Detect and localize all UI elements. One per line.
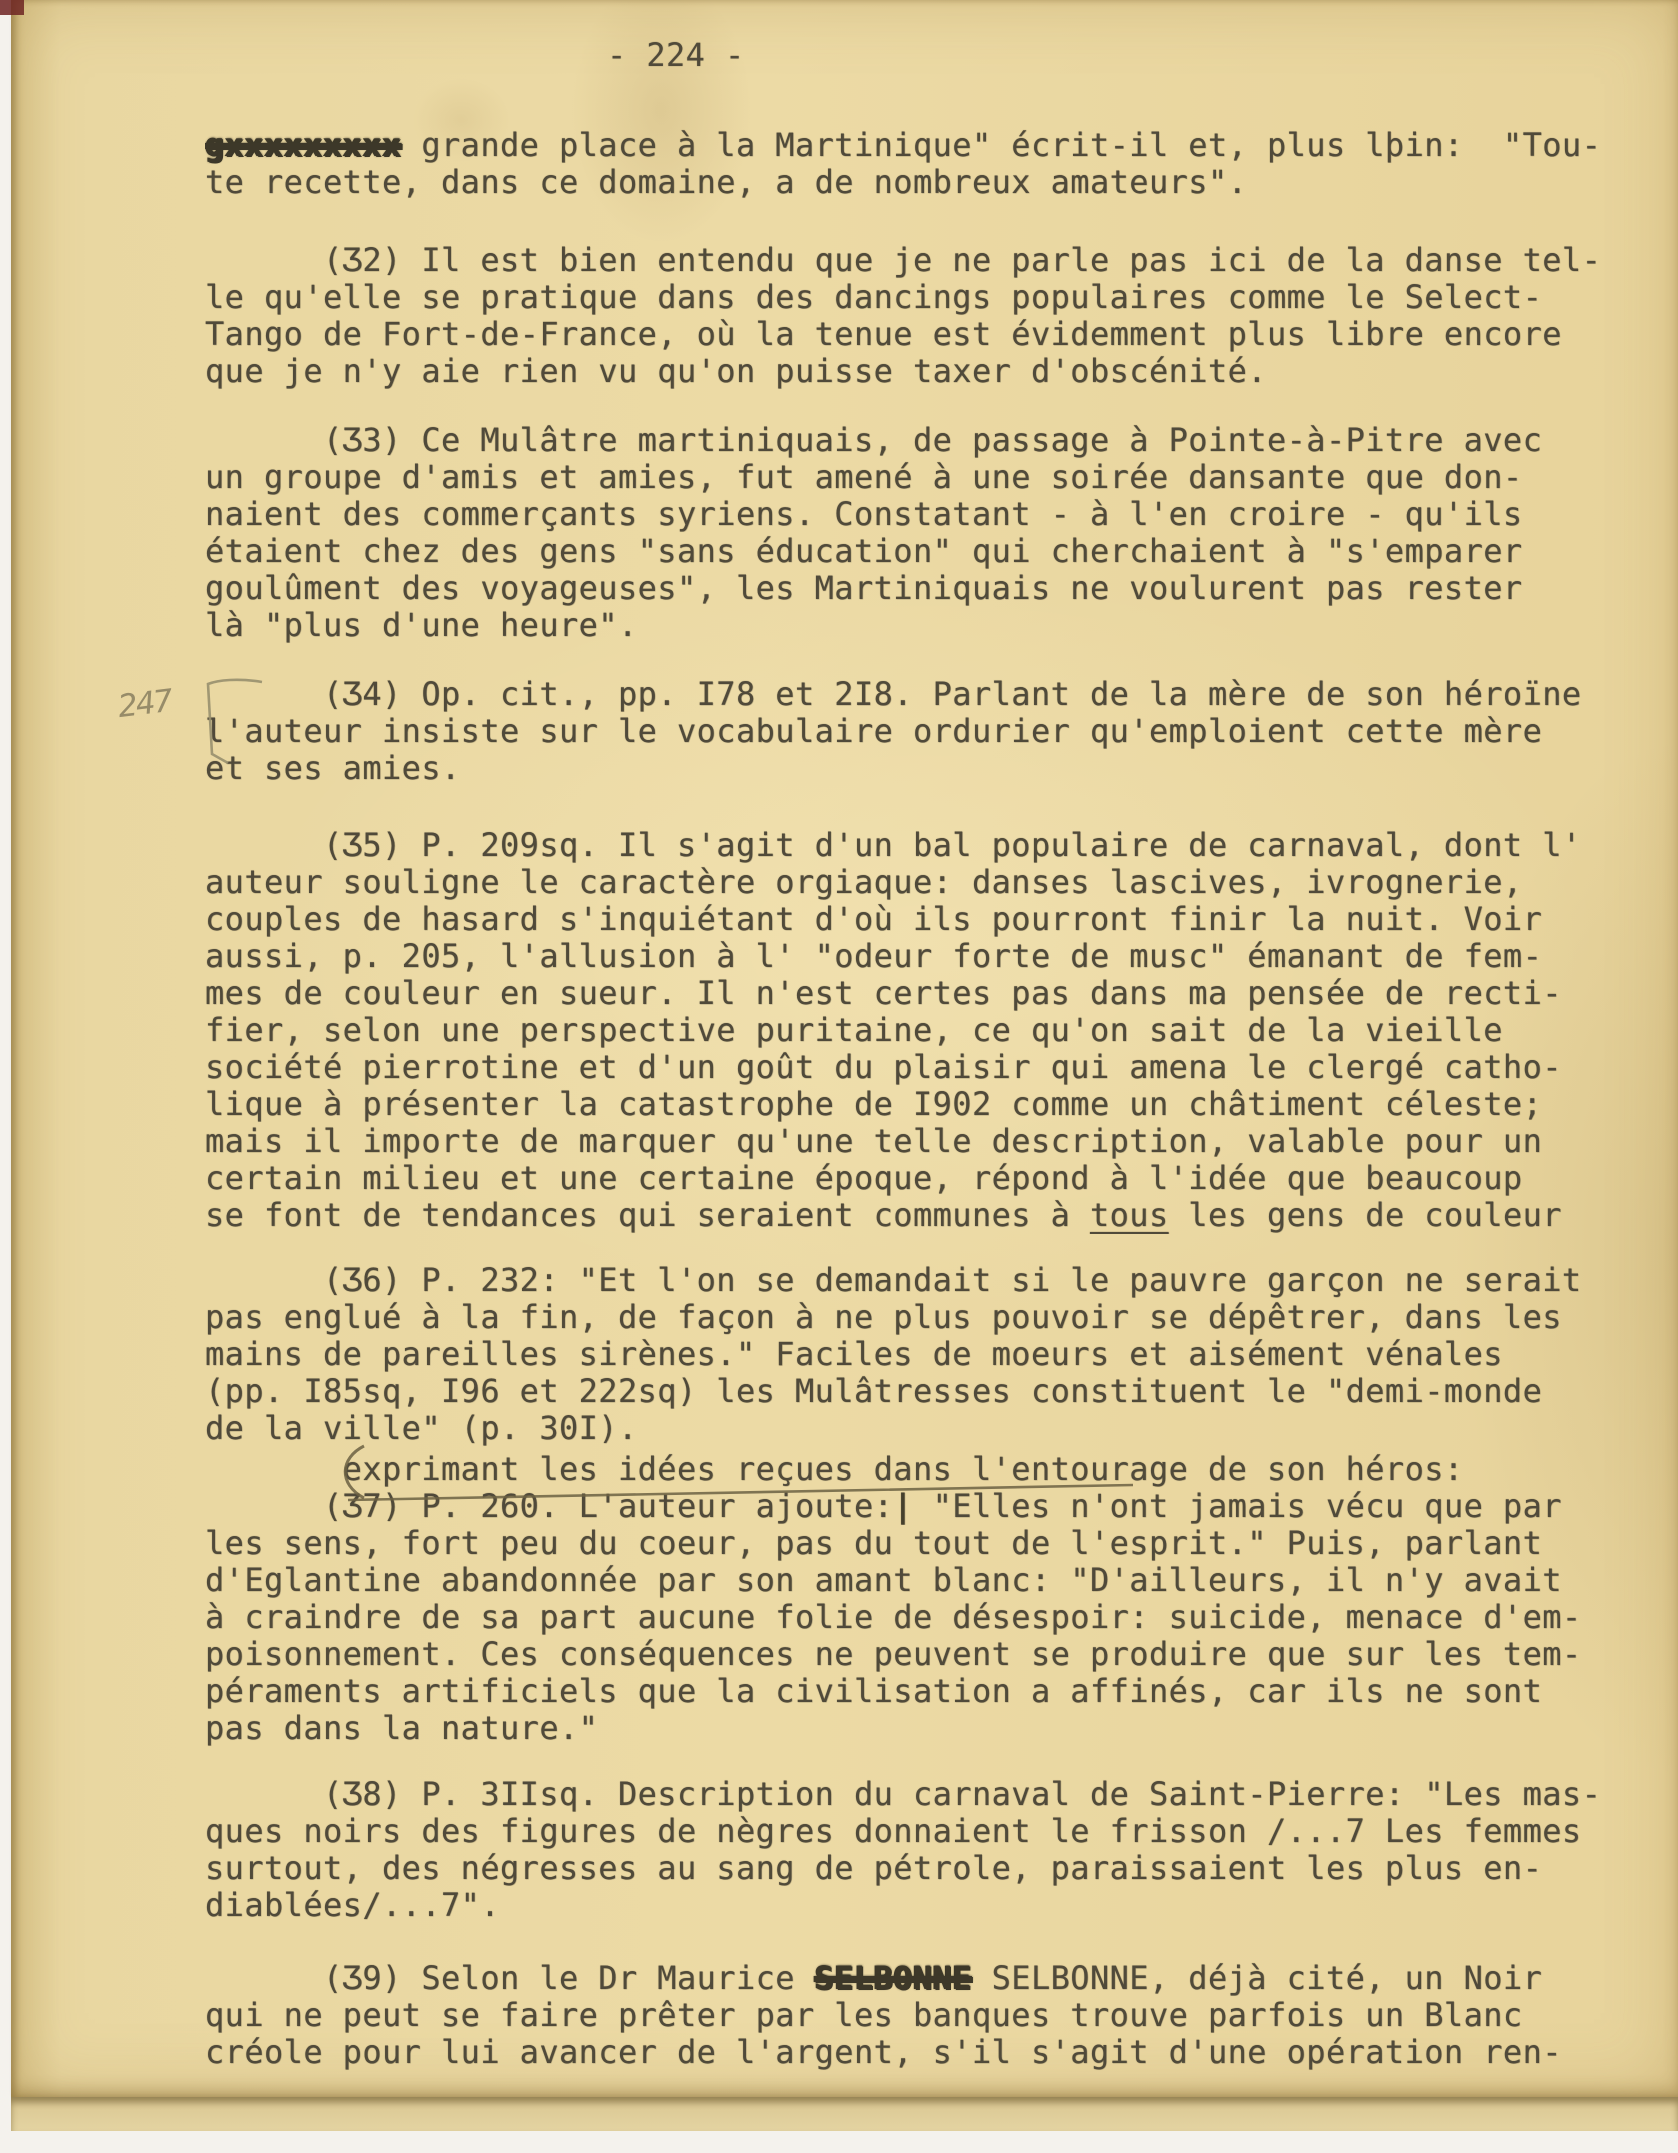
struck-word: gxxxxxxxxx (205, 127, 402, 164)
paragraph-ins: exprimant les idées reçues dans l'entour… (205, 1451, 1670, 1488)
text-line: société pierrotine et d'un goût du plais… (205, 1049, 1670, 1086)
text-run: certain milieu et une certaine époque, r… (205, 1160, 1523, 1197)
text-run: (Ʒ3) Ce Mulâtre martiniquais, de passage… (205, 422, 1542, 459)
text-line: Tango de Fort-de-France, où la tenue est… (205, 316, 1670, 353)
text-run: Tango de Fort-de-France, où la tenue est… (205, 316, 1562, 353)
text-run: lique à présenter la catastrophe de I902… (205, 1086, 1542, 1123)
text-run: surtout, des négresses au sang de pétrol… (205, 1850, 1542, 1887)
struck-word: SELBONNE (815, 1960, 972, 1997)
text-run: (Ʒ2) Il est bien entendu que je ne parle… (205, 242, 1601, 279)
text-line: (Ʒ4) Op. cit., pp. I78 et 2I8. Parlant d… (205, 676, 1670, 713)
text-run: les sens, fort peu du coeur, pas du tout… (205, 1525, 1542, 1562)
text-run: mais il importe de marquer qu'une telle … (205, 1123, 1542, 1160)
paragraph-p6: (Ʒ6) P. 232: "Et l'on se demandait si le… (205, 1262, 1670, 1447)
text-line: goulûment des voyageuses", les Martiniqu… (205, 570, 1670, 607)
text-line: (Ʒ7) P. 260. L'auteur ajoute:| "Elles n'… (205, 1488, 1670, 1525)
text-run: (Ʒ4) Op. cit., pp. I78 et 2I8. Parlant d… (205, 676, 1582, 713)
text-run: (pp. I85sq, I96 et 222sq) les Mulâtresse… (205, 1373, 1542, 1410)
text-run: un groupe d'amis et amies, fut amené à u… (205, 459, 1523, 496)
text-run: auteur souligne le caractère orgiaque: d… (205, 864, 1523, 901)
text-line: (Ʒ3) Ce Mulâtre martiniquais, de passage… (205, 422, 1670, 459)
text-run: (Ʒ8) P. 3IIsq. Description du carnaval d… (205, 1776, 1601, 1813)
paragraph-p5: (Ʒ5) P. 209sq. Il s'agit d'un bal popula… (205, 827, 1670, 1234)
text-line: (Ʒ6) P. 232: "Et l'on se demandait si le… (205, 1262, 1670, 1299)
text-run: que je n'y aie rien vu qu'on puisse taxe… (205, 353, 1267, 390)
text-line: se font de tendances qui seraient commun… (205, 1197, 1670, 1234)
paragraph-p2: (Ʒ2) Il est bien entendu que je ne parle… (205, 242, 1670, 390)
text-run: qui ne peut se faire prêter par les banq… (205, 1997, 1523, 2034)
text-line: d'Eglantine abandonnée par son amant bla… (205, 1562, 1670, 1599)
text-run: grande place à la Martinique" écrit-il e… (402, 127, 1602, 164)
text-run: fier, selon une perspective puritaine, c… (205, 1012, 1503, 1049)
text-line: diablées/...7". (205, 1887, 1670, 1924)
text-run: se font de tendances qui seraient commun… (205, 1197, 1090, 1234)
scanned-document-page: { "page": { "number": "- 224 -" }, "anno… (0, 0, 1678, 2153)
text-line: pas englué à la fin, de façon à ne plus … (205, 1299, 1670, 1336)
text-run: les gens de couleur (1169, 1197, 1562, 1234)
paragraph-p4: (Ʒ4) Op. cit., pp. I78 et 2I8. Parlant d… (205, 676, 1670, 787)
text-line: te recette, dans ce domaine, a de nombre… (205, 164, 1670, 201)
text-line: (Ʒ5) P. 209sq. Il s'agit d'un bal popula… (205, 827, 1670, 864)
paragraph-p9: (Ʒ9) Selon le Dr Maurice SELBONNE SELBON… (205, 1960, 1670, 2071)
text-run: "Elles n'ont jamais vécu que par (913, 1488, 1562, 1525)
text-run: SELBONNE, déjà cité, un Noir (972, 1960, 1542, 1997)
text-line: à craindre de sa part aucune folie de dé… (205, 1599, 1670, 1636)
text-line: naient des commerçants syriens. Constata… (205, 496, 1670, 533)
text-run: aussi, p. 205, l'allusion à l' "odeur fo… (205, 938, 1542, 975)
text-line: qui ne peut se faire prêter par les banq… (205, 1997, 1670, 2034)
text-line: aussi, p. 205, l'allusion à l' "odeur fo… (205, 938, 1670, 975)
text-line: créole pour lui avancer de l'argent, s'i… (205, 2034, 1670, 2071)
text-line: pas dans la nature." (205, 1710, 1670, 1747)
text-line: auteur souligne le caractère orgiaque: d… (205, 864, 1670, 901)
text-line: mains de pareilles sirènes." Faciles de … (205, 1336, 1670, 1373)
page-bottom-edge (11, 2097, 1678, 2131)
text-run: étaient chez des gens "sans éducation" q… (205, 533, 1523, 570)
text-run: pas dans la nature." (205, 1710, 598, 1747)
text-line: surtout, des négresses au sang de pétrol… (205, 1850, 1670, 1887)
text-line: couples de hasard s'inquiétant d'où ils … (205, 901, 1670, 938)
paragraph-p7: (Ʒ7) P. 260. L'auteur ajoute:| "Elles n'… (205, 1488, 1670, 1747)
text-run: créole pour lui avancer de l'argent, s'i… (205, 2034, 1562, 2071)
text-run: poisonnement. Ces conséquences ne peuven… (205, 1636, 1582, 1673)
text-line: fier, selon une perspective puritaine, c… (205, 1012, 1670, 1049)
text-line: péraments artificiels que la civilisatio… (205, 1673, 1670, 1710)
pen-insertion-mark: | (893, 1488, 913, 1525)
text-run: goulûment des voyageuses", les Martiniqu… (205, 570, 1523, 607)
text-run: à craindre de sa part aucune folie de dé… (205, 1599, 1582, 1636)
text-line: (Ʒ9) Selon le Dr Maurice SELBONNE SELBON… (205, 1960, 1670, 1997)
text-run: (Ʒ6) P. 232: "Et l'on se demandait si le… (205, 1262, 1582, 1299)
text-line: étaient chez des gens "sans éducation" q… (205, 533, 1670, 570)
text-line: les sens, fort peu du coeur, pas du tout… (205, 1525, 1670, 1562)
text-run: (Ʒ5) P. 209sq. Il s'agit d'un bal popula… (205, 827, 1582, 864)
text-run: naient des commerçants syriens. Constata… (205, 496, 1523, 533)
text-line: le qu'elle se pratique dans des dancings… (205, 279, 1670, 316)
text-run: l'auteur insiste sur le vocabulaire ordu… (205, 713, 1542, 750)
text-run: de la ville" (p. 30I). (205, 1410, 638, 1447)
text-run: péraments artificiels que la civilisatio… (205, 1673, 1542, 1710)
text-line: ques noirs des figures de nègres donnaie… (205, 1813, 1670, 1850)
text-run: là "plus d'une heure". (205, 607, 638, 644)
text-line: certain milieu et une certaine époque, r… (205, 1160, 1670, 1197)
text-line: exprimant les idées reçues dans l'entour… (205, 1451, 1670, 1488)
text-run: (Ʒ9) Selon le Dr Maurice (205, 1960, 815, 1997)
text-run: mains de pareilles sirènes." Faciles de … (205, 1336, 1503, 1373)
text-run: d'Eglantine abandonnée par son amant bla… (205, 1562, 1562, 1599)
text-run: et ses amies. (205, 750, 461, 787)
text-run: diablées/...7". (205, 1887, 500, 1924)
text-line: là "plus d'une heure". (205, 607, 1670, 644)
corner-red-mark (0, 0, 24, 15)
text-run: ques noirs des figures de nègres donnaie… (205, 1813, 1582, 1850)
text-run: couples de hasard s'inquiétant d'où ils … (205, 901, 1542, 938)
text-run: mes de couleur en sueur. Il n'est certes… (205, 975, 1562, 1012)
text-line: l'auteur insiste sur le vocabulaire ordu… (205, 713, 1670, 750)
text-run: (Ʒ7) P. 260. L'auteur ajoute: (205, 1488, 893, 1525)
text-line: (pp. I85sq, I96 et 222sq) les Mulâtresse… (205, 1373, 1670, 1410)
text-line: poisonnement. Ces conséquences ne peuven… (205, 1636, 1670, 1673)
paragraph-p3: (Ʒ3) Ce Mulâtre martiniquais, de passage… (205, 422, 1670, 644)
text-run: te recette, dans ce domaine, a de nombre… (205, 164, 1247, 201)
paragraph-p1: gxxxxxxxxx grande place à la Martinique"… (205, 127, 1670, 201)
paragraph-p8: (Ʒ8) P. 3IIsq. Description du carnaval d… (205, 1776, 1670, 1924)
margin-pencil-number: 247 (116, 683, 173, 725)
text-line: (Ʒ2) Il est bien entendu que je ne parle… (205, 242, 1670, 279)
text-line: un groupe d'amis et amies, fut amené à u… (205, 459, 1670, 496)
text-line: lique à présenter la catastrophe de I902… (205, 1086, 1670, 1123)
text-line: mes de couleur en sueur. Il n'est certes… (205, 975, 1670, 1012)
text-run: pas englué à la fin, de façon à ne plus … (205, 1299, 1562, 1336)
text-line: (Ʒ8) P. 3IIsq. Description du carnaval d… (205, 1776, 1670, 1813)
text-line: et ses amies. (205, 750, 1670, 787)
text-run: le qu'elle se pratique dans des dancings… (205, 279, 1542, 316)
text-run: société pierrotine et d'un goût du plais… (205, 1049, 1562, 1086)
text-line: gxxxxxxxxx grande place à la Martinique"… (205, 127, 1670, 164)
text-line: mais il importe de marquer qu'une telle … (205, 1123, 1670, 1160)
text-run: exprimant les idées reçues dans l'entour… (205, 1451, 1464, 1488)
text-line: que je n'y aie rien vu qu'on puisse taxe… (205, 353, 1670, 390)
typewritten-text: gxxxxxxxxx grande place à la Martinique"… (205, 0, 1670, 2097)
underlined-word: tous (1090, 1197, 1169, 1234)
text-line: de la ville" (p. 30I). (205, 1410, 1670, 1447)
